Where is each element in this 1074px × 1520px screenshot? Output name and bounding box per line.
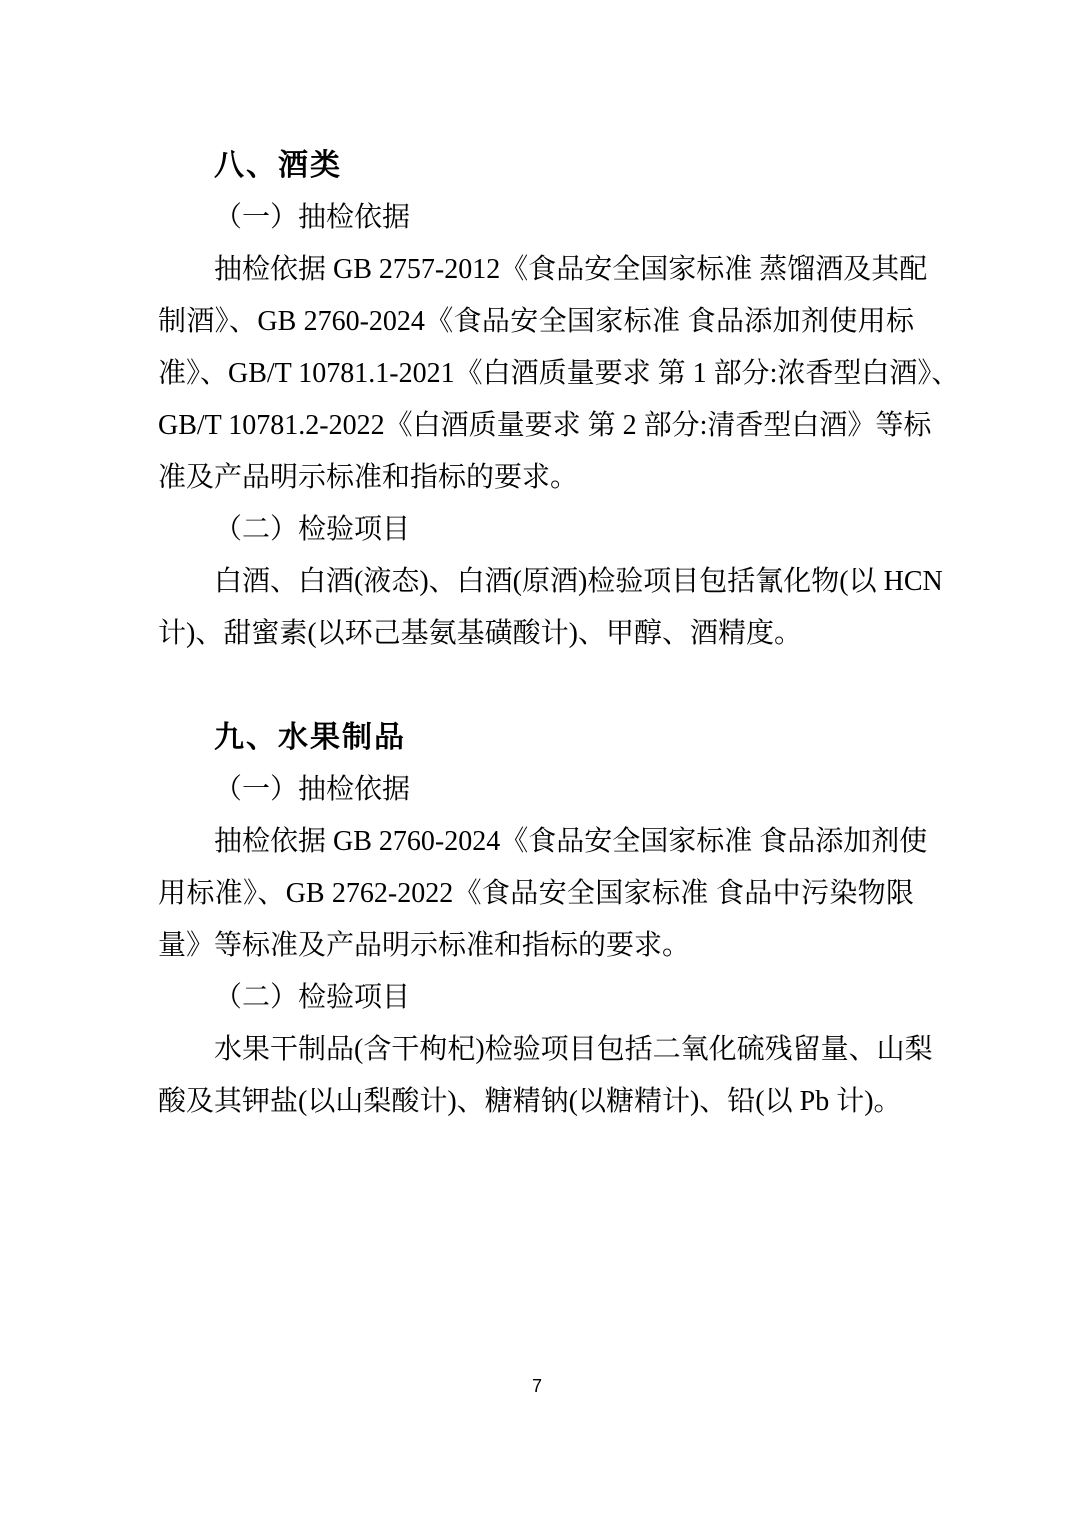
- body-line: 准》、GB/T 10781.1-2021《白酒质量要求 第 1 部分:浓香型白酒…: [158, 348, 914, 400]
- body-line: 水果干制品(含干枸杞)检验项目包括二氧化硫残留量、山梨: [158, 1024, 914, 1076]
- body-line: 量》等标准及产品明示标准和指标的要求。: [158, 920, 914, 972]
- body-line: 抽检依据 GB 2757-2012《食品安全国家标准 蒸馏酒及其配: [158, 244, 914, 296]
- page-number: 7: [0, 1376, 1074, 1397]
- body-line: GB/T 10781.2-2022《白酒质量要求 第 2 部分:清香型白酒》等标: [158, 400, 914, 452]
- section-9-subheading-1: （一）抽检依据: [158, 764, 914, 816]
- document-body: 八、酒类 （一）抽检依据 抽检依据 GB 2757-2012《食品安全国家标准 …: [158, 140, 914, 1128]
- body-line: 抽检依据 GB 2760-2024《食品安全国家标准 食品添加剂使: [158, 816, 914, 868]
- body-line: 制酒》、GB 2760-2024《食品安全国家标准 食品添加剂使用标: [158, 296, 914, 348]
- section-9-heading: 九、水果制品: [158, 712, 914, 764]
- document-page: 八、酒类 （一）抽检依据 抽检依据 GB 2757-2012《食品安全国家标准 …: [0, 0, 1074, 1520]
- body-line: 用标准》、GB 2762-2022《食品安全国家标准 食品中污染物限: [158, 868, 914, 920]
- body-line: 准及产品明示标准和指标的要求。: [158, 452, 914, 504]
- section-9-subheading-2: （二）检验项目: [158, 972, 914, 1024]
- body-line: 计)、甜蜜素(以环己基氨基磺酸计)、甲醇、酒精度。: [158, 608, 914, 660]
- section-spacer: [158, 660, 914, 712]
- section-8-subheading-1: （一）抽检依据: [158, 192, 914, 244]
- body-line: 白酒、白酒(液态)、白酒(原酒)检验项目包括氰化物(以 HCN: [158, 556, 914, 608]
- section-8-heading: 八、酒类: [158, 140, 914, 192]
- section-8-subheading-2: （二）检验项目: [158, 504, 914, 556]
- body-line: 酸及其钾盐(以山梨酸计)、糖精钠(以糖精计)、铅(以 Pb 计)。: [158, 1076, 914, 1128]
